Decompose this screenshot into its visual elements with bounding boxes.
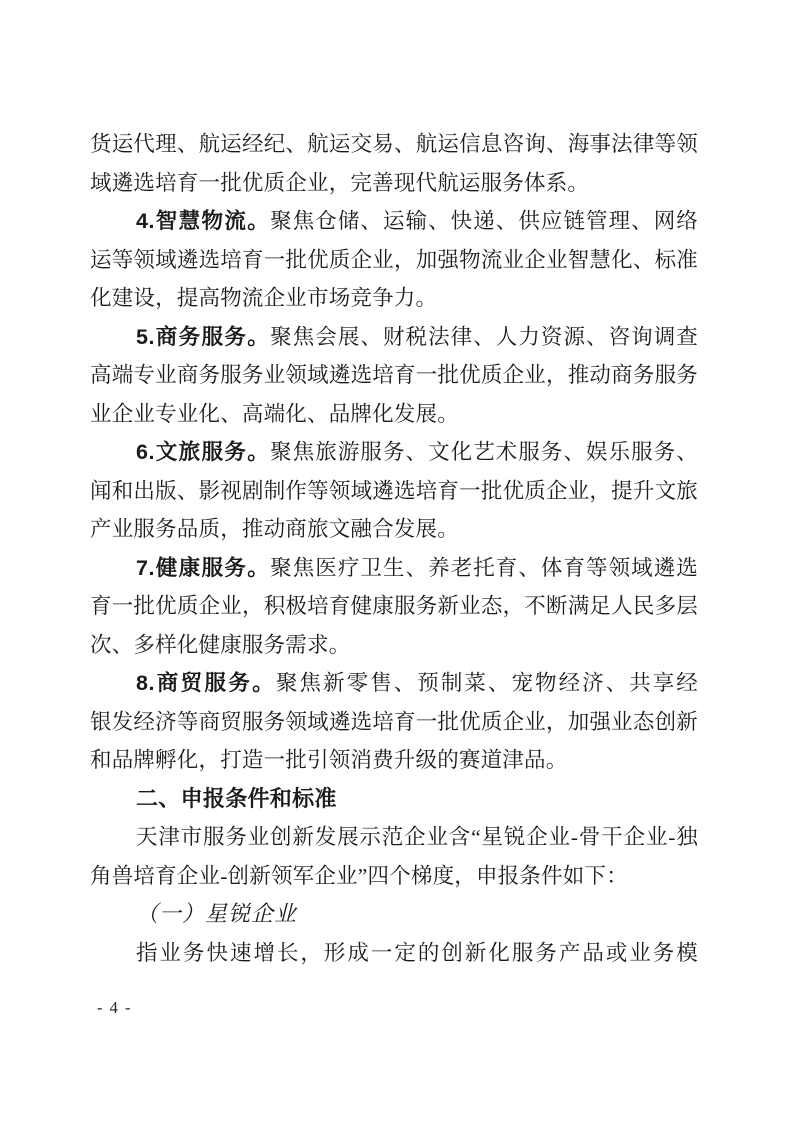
text-line: 8.商贸服务。聚焦新零售、预制菜、宠物经济、共享经济、 [90, 664, 698, 703]
para-shipping-services-continuation: 货运代理、航运经纪、航运交易、航运信息咨询、海事法律等领域遴选培育一批优质企业，… [90, 125, 698, 202]
para-5-business-services: 5.商务服务。聚焦会展、财税法律、人力资源、咨询调查等高端专业商务服务业领域遴选… [90, 318, 698, 434]
text-run: 域遴选培育一批优质企业，完善现代航运服务体系。 [90, 171, 589, 195]
text-line: 运等领域遴选培育一批优质企业，加强物流业企业智慧化、标准 [90, 241, 698, 280]
document-body: 货运代理、航运经纪、航运交易、航运信息咨询、海事法律等领域遴选培育一批优质企业，… [90, 125, 698, 972]
text-line: 二、申报条件和标准 [90, 780, 698, 819]
heading-section-2-application-conditions: 二、申报条件和标准 [90, 780, 698, 819]
text-run: 产业服务品质，推动商旅文融合发展。 [90, 517, 459, 541]
text-run: 角兽培育企业-创新领军企业”四个梯度，申报条件如下： [90, 864, 628, 888]
text-line: 化建设，提高物流企业市场竞争力。 [90, 279, 698, 318]
paragraph-bold-label: 5.商务服务。 [136, 325, 270, 349]
text-run: 银发经济等商贸服务领域遴选培育一批优质企业，加强业态创新 [90, 710, 698, 734]
text-run: 高端专业商务服务业领域遴选培育一批优质企业，推动商务服务 [90, 363, 698, 387]
para-6-culture-tourism-services: 6.文旅服务。聚焦旅游服务、文化艺术服务、娱乐服务、新闻和出版、影视剧制作等领域… [90, 433, 698, 549]
text-line: 次、多样化健康服务需求。 [90, 626, 698, 665]
text-line: 和品牌孵化，打造一批引领消费升级的赛道津品。 [90, 741, 698, 780]
paragraph-bold-label: 6.文旅服务。 [136, 440, 270, 464]
text-run: 和品牌孵化，打造一批引领消费升级的赛道津品。 [90, 748, 567, 772]
text-line: 育一批优质企业，积极培育健康服务新业态，不断满足人民多层 [90, 587, 698, 626]
paragraph-bold-label: 4.智慧物流。 [136, 209, 270, 233]
text-line: 天津市服务业创新发展示范企业含“星锐企业-骨干企业-独 [90, 818, 698, 857]
text-line: （一）星锐企业 [90, 895, 698, 934]
text-line: 业企业专业化、高端化、品牌化发展。 [90, 395, 698, 434]
paragraph-bold-label: 8.商贸服务。 [136, 671, 276, 695]
text-line: 4.智慧物流。聚焦仓储、运输、快递、供应链管理、网络货 [90, 202, 698, 241]
text-line: 货运代理、航运经纪、航运交易、航运信息咨询、海事法律等领 [90, 125, 698, 164]
text-run: 业企业专业化、高端化、品牌化发展。 [90, 402, 459, 426]
heading-subsection-1-star-enterprises: （一）星锐企业 [90, 895, 698, 934]
text-run: 育一批优质企业，积极培育健康服务新业态，不断满足人民多层 [90, 594, 698, 618]
paragraph-bold-label: 7.健康服务。 [136, 556, 270, 580]
text-run: 运等领域遴选培育一批优质企业，加强物流业企业智慧化、标准 [90, 248, 698, 272]
text-line: 指业务快速增长，形成一定的创新化服务产品或业务模式， [90, 934, 698, 973]
para-star-enterprise-definition: 指业务快速增长，形成一定的创新化服务产品或业务模式， [90, 934, 698, 973]
text-line: 银发经济等商贸服务领域遴选培育一批优质企业，加强业态创新 [90, 703, 698, 742]
text-run: 指业务快速增长，形成一定的创新化服务产品或业务模式， [136, 941, 698, 973]
text-line: 7.健康服务。聚焦医疗卫生、养老托育、体育等领域遴选培 [90, 549, 698, 588]
text-line: 角兽培育企业-创新领军企业”四个梯度，申报条件如下： [90, 857, 698, 896]
text-run: 货运代理、航运经纪、航运交易、航运信息咨询、海事法律等领 [90, 132, 698, 156]
para-4-smart-logistics: 4.智慧物流。聚焦仓储、运输、快递、供应链管理、网络货运等领域遴选培育一批优质企… [90, 202, 698, 318]
para-8-commerce-trade-services: 8.商贸服务。聚焦新零售、预制菜、宠物经济、共享经济、银发经济等商贸服务领域遴选… [90, 664, 698, 780]
text-line: 产业服务品质，推动商旅文融合发展。 [90, 510, 698, 549]
text-run: 闻和出版、影视剧制作等领域遴选培育一批优质企业，提升文旅 [90, 479, 698, 503]
page-number: - 4 - [97, 995, 132, 1021]
text-run: 天津市服务业创新发展示范企业含“星锐企业-骨干企业-独 [136, 825, 698, 849]
text-run: 二、申报条件和标准 [136, 786, 337, 811]
text-run: 化建设，提高物流企业市场竞争力。 [90, 286, 437, 310]
text-line: 6.文旅服务。聚焦旅游服务、文化艺术服务、娱乐服务、新 [90, 433, 698, 472]
para-tianjin-four-tiers: 天津市服务业创新发展示范企业含“星锐企业-骨干企业-独角兽培育企业-创新领军企业… [90, 818, 698, 895]
document-page: 货运代理、航运经纪、航运交易、航运信息咨询、海事法律等领域遴选培育一批优质企业，… [0, 0, 794, 1123]
text-line: 域遴选培育一批优质企业，完善现代航运服务体系。 [90, 164, 698, 203]
text-line: 闻和出版、影视剧制作等领域遴选培育一批优质企业，提升文旅 [90, 472, 698, 511]
text-line: 5.商务服务。聚焦会展、财税法律、人力资源、咨询调查等 [90, 318, 698, 357]
text-run: 次、多样化健康服务需求。 [90, 633, 350, 657]
para-7-health-services: 7.健康服务。聚焦医疗卫生、养老托育、体育等领域遴选培育一批优质企业，积极培育健… [90, 549, 698, 665]
text-run: （一）星锐企业 [136, 901, 297, 926]
text-line: 高端专业商务服务业领域遴选培育一批优质企业，推动商务服务 [90, 356, 698, 395]
